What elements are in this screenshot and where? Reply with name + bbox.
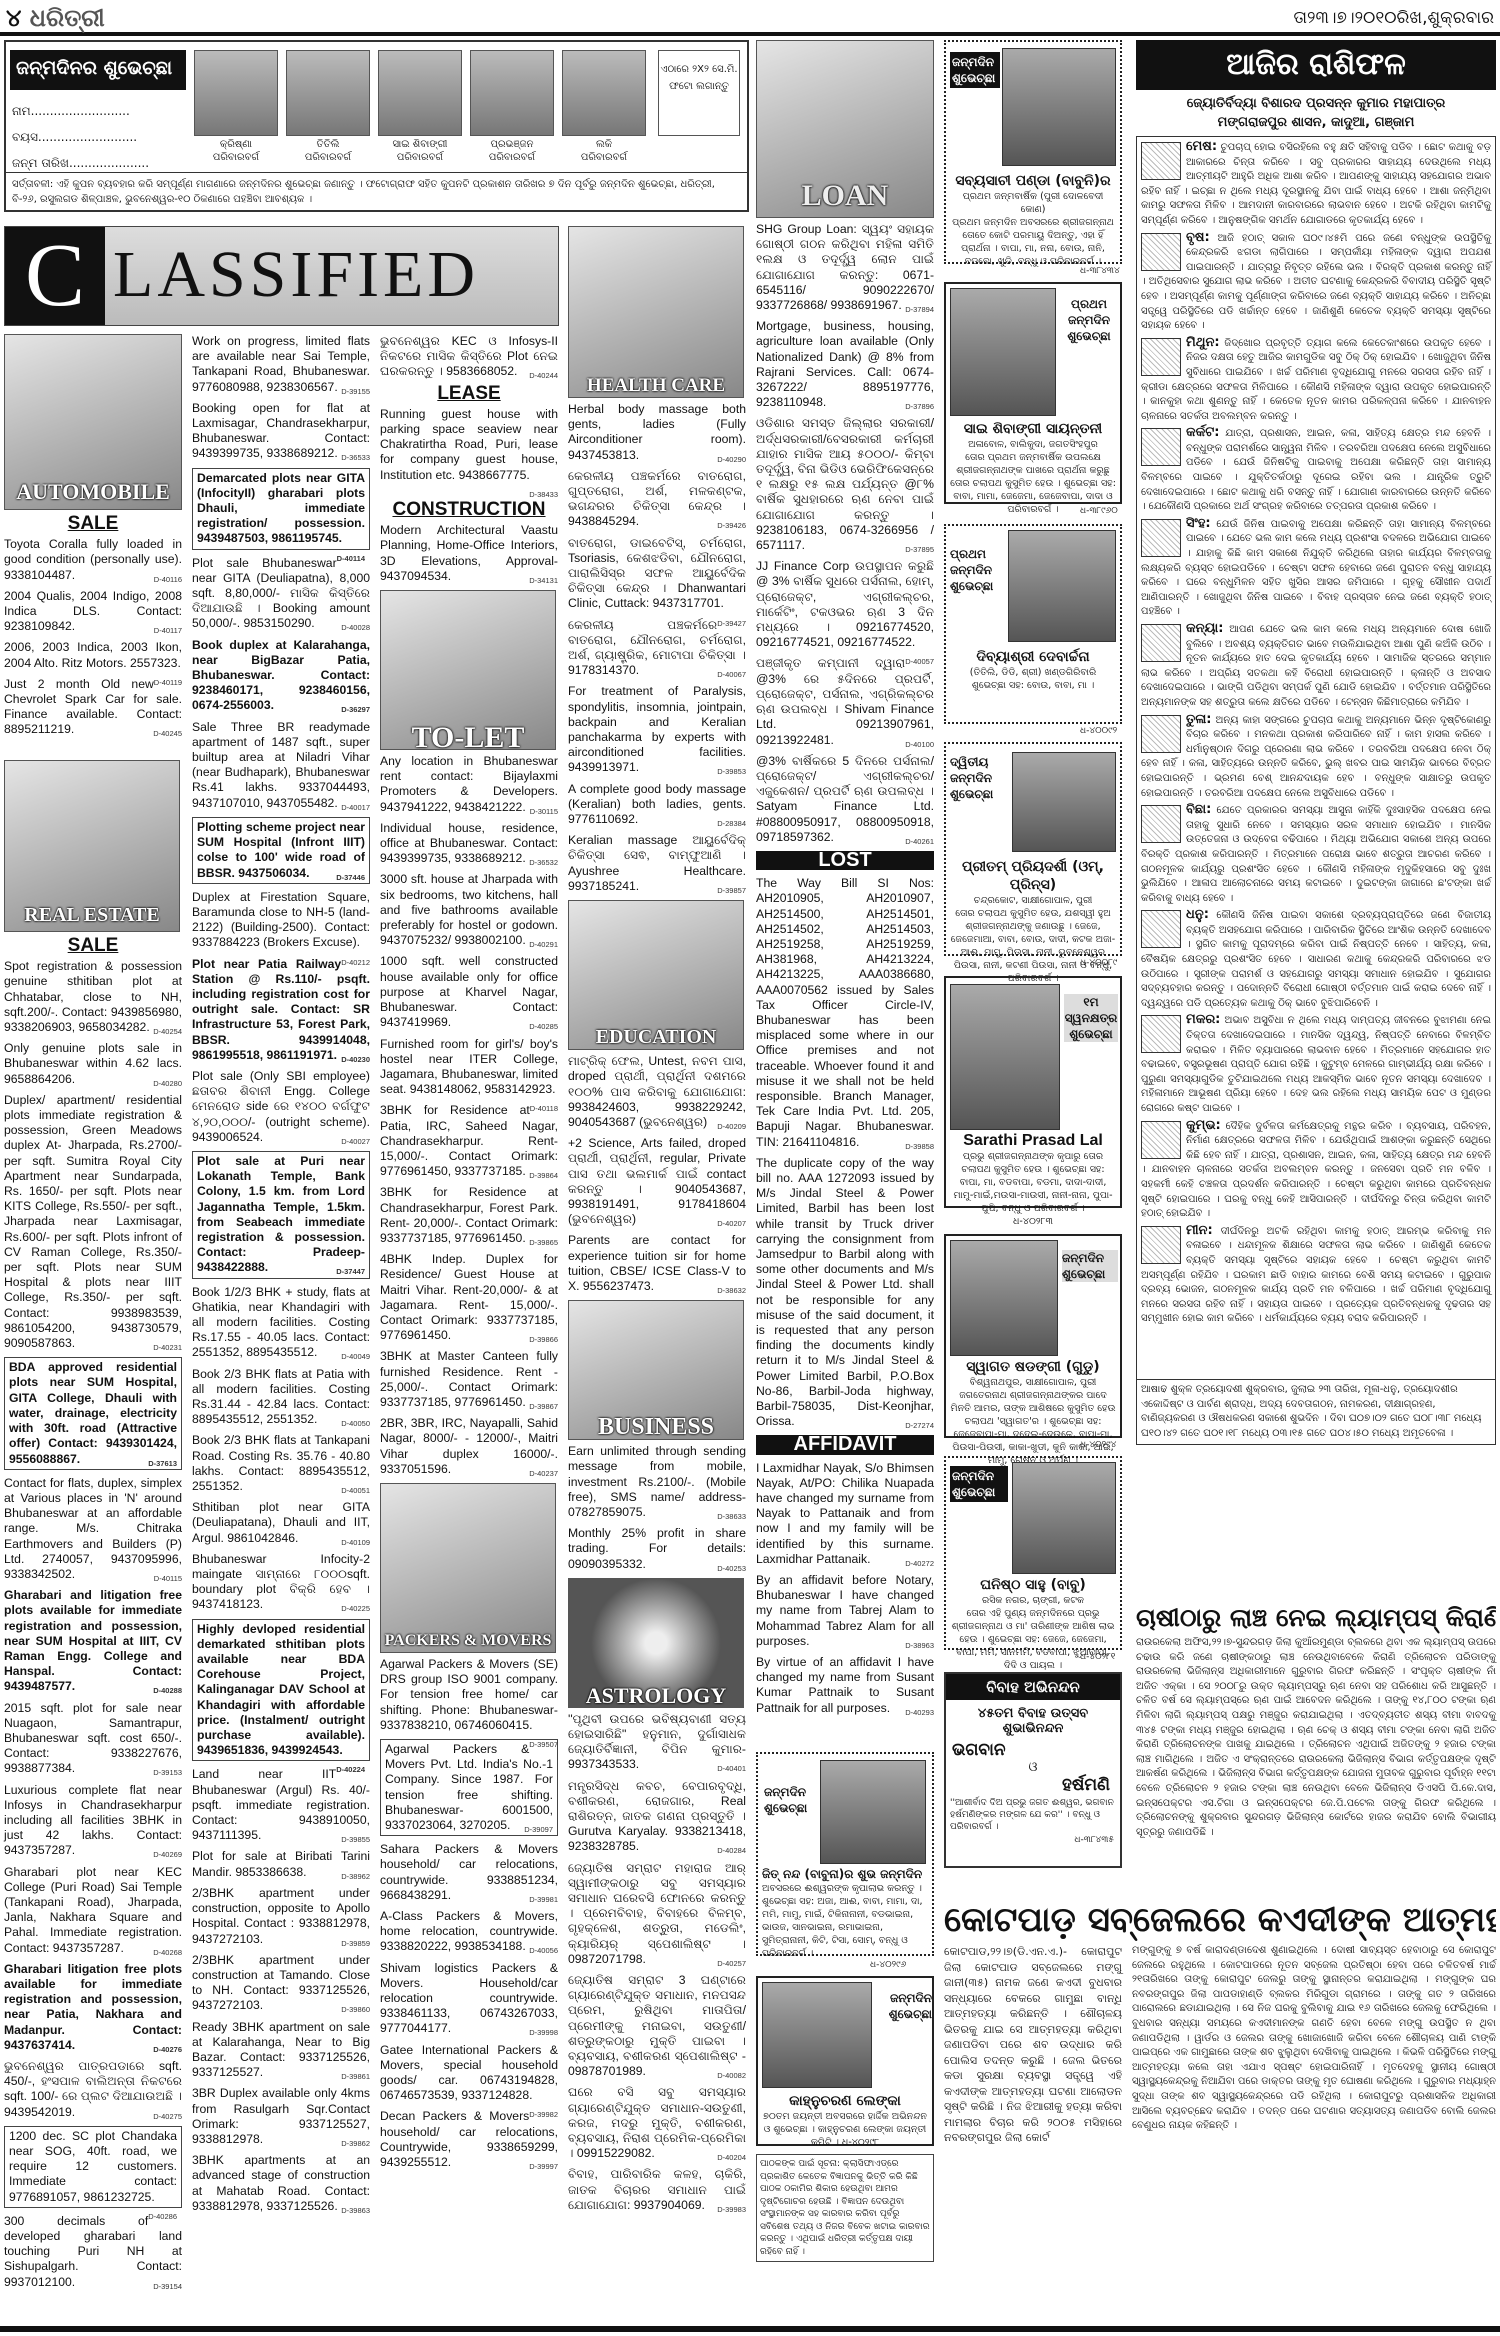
scorpio-icon [1141, 805, 1181, 843]
classified-ad: Toyota Coralla fully loaded in good cond… [4, 537, 182, 583]
classified-ad-boxed: Demarcated plots near GITA (InfocityII) … [192, 468, 370, 550]
kid-photo [286, 50, 370, 136]
classified-ad: Contact for flats, duplex, simplex at Va… [4, 1476, 182, 1582]
column-services: HEALTH CARE Herbal body massage both gen… [568, 226, 746, 2219]
news-article-lamps: ଚାଷୀଠାରୁ ଲାଞ୍ଚ ନେଇ ଲ୍ୟାମ୍ପସ୍ କିରାଣି ଗିରଫ… [1136, 1600, 1496, 1840]
astrologer-credit: ଜ୍ୟୋତିର୍ବିଦ୍ୟା ବିଶାରଦ ପ୍ରସନ୍ନ କୁମାର ମହାପ… [1136, 90, 1496, 136]
wish-photo [950, 984, 1060, 1130]
section-heading: SALE [4, 516, 182, 531]
name-field[interactable]: ନାମ.......................... [12, 104, 130, 119]
horoscope-leo: ସିଂହ: ଯେଉଁ ଜିନିଷ ପାଇବାକୁ ଅପେକ୍ଷା କରିଛନ୍ତ… [1141, 517, 1491, 620]
health-care-image: HEALTH CARE [568, 226, 744, 398]
wish-photo [1012, 1462, 1116, 1574]
column-automobile: SALE Toyota Coralla fully loaded in good… [4, 512, 182, 744]
birthday-wish-ad: ୧ମ ସ୍ୱନକ୍ଷତ୍ର ଶୁଭେଚ୍ଛା Sarathi Prasad La… [944, 976, 1122, 1208]
horoscope-aries: ମେଷ: ଚୁପଚାପ୍ ହୋଇ ବସିରହିଲେ ବହୁ କ୍ଷତି ସହିବ… [1141, 140, 1491, 229]
photo-placeholder: ଏଠାରେ ୨X୨ ସେ.ମି. ଫଟୋ ଲଗାନ୍ତୁ [658, 50, 740, 136]
headline[interactable]: କୋଟପାଡ଼ ସବ୍‌ଜେଲରେ କଏଦୀଙ୍କ ଆତ୍ମହତ୍ୟା [944, 1896, 1496, 1944]
birthday-wish-ad: ପ୍ରଥମ ଜନ୍ମଦିନ ଶୁଭେଚ୍ଛା ଦିବ୍ୟାଶ୍ରୀ ଦେବାର୍… [944, 524, 1122, 724]
birthday-wish-ad: ଦ୍ୱିତୀୟ ଜନ୍ମଦିନ ଶୁଭେଚ୍ଛା ପ୍ରୀତମ୍ ପ୍ରିୟଦର… [944, 742, 1122, 956]
wish-photo [1002, 48, 1116, 166]
news-article-jail: କୋଟପାଡ଼ ସବ୍‌ଜେଲରେ କଏଦୀଙ୍କ ଆତ୍ମହତ୍ୟା କୋଟପ… [944, 1896, 1496, 2146]
kid-photo-card: ପ୍ରଭଞ୍ଜନପରିବାରବର୍ଗ [470, 50, 554, 164]
birthday-wish-ad: ଜନ୍ମଦିନ ଶୁଭେଚ୍ଛା ସବ୍ୟସାଚୀ ପଣ୍ଡା (ବାବୁନି)… [944, 40, 1122, 264]
aries-icon [1141, 142, 1181, 180]
aquarius-icon [1141, 1121, 1181, 1159]
horoscope-libra: ତୁଳା: ଅନ୍ୟ କାହା ସଙ୍ଗରେ ଚୁପଚାପ କଥାକୁ ଅନ୍ୟ… [1141, 713, 1491, 802]
classified-ad: Gharabari plot near KEC College (Puri Ro… [4, 1865, 182, 1956]
birthday-wish-ad: ଜନ୍ମଦିନ ଶୁଭେଚ୍ଛା ଜିତ୍ ନନ୍ଦ (ବାବୁନା)ର ଶୁଭ… [756, 1752, 934, 1956]
horoscope-scorpio: ବିଛା: ଯେତେ ପ୍ରକାରର ସମସ୍ୟା ଆସୁନା କାହିଁକି … [1141, 803, 1491, 906]
wish-photo [1012, 752, 1116, 852]
column-real-estate: SALE Spot registration & possession genu… [4, 934, 182, 2296]
kid-photo-card: ସାଇ ଶିବାଙ୍ଗୀପରିବାରବର୍ଗ [378, 50, 462, 164]
kid-photo [562, 50, 646, 136]
horoscope-aquarius: କୁମ୍ଭ: ଦୈହିକ ଦୁର୍ବଳତା କର୍ମକ୍ଷେତ୍ରକୁ ମନ୍ଥ… [1141, 1119, 1491, 1222]
to-let-image: TO-LET [380, 590, 556, 750]
astrology-image: ASTROLOGY [568, 1578, 744, 1708]
classified-ad-boxed: Highly devloped residential demarkated s… [192, 1619, 370, 1762]
classified-ad: Only genuine plots sale in Bhubaneswar w… [4, 1041, 182, 1087]
section-heading: SALE [4, 938, 182, 953]
wish-photo [950, 288, 1056, 416]
cancer-icon [1141, 428, 1181, 466]
page-number: ୪ ଧରିତ୍ରୀ [6, 4, 105, 32]
issue-date: ତା୨୩।୭।୨୦୧୦ରିଖ,ଶୁକ୍ରବାର [1294, 8, 1494, 28]
article-body: ରାଉରକେଲା ଅଫିସ,୨୨।୭-ସୁନ୍ଦରଗଡ଼ ଜିଲା କୁଆଁରମ… [1136, 1636, 1496, 1840]
horoscope-gemini: ମିଥୁନ: ଜିଦ୍‌ଖୋର ପ୍ରବୃତ୍ତି ତ୍ୟାଗ କଲେ କେତେ… [1141, 336, 1491, 425]
education-image: EDUCATION [568, 900, 744, 1050]
classified-ad-boxed: BDA approved residential plots near SUM … [4, 1357, 182, 1469]
section-heading: LEASE [380, 386, 558, 401]
kid-photo-card: ତିତିଲିପରିବାରବର୍ଗ [286, 50, 370, 164]
horoscope-capricorn: ମକର: ଅଭାବ ଅସୁବିଧା ନ ଥିଲେ ମଧ୍ୟ ଦାମ୍ପତ୍ୟ ଜ… [1141, 1013, 1491, 1116]
business-image: BUSINESS [568, 1300, 744, 1440]
birthday-wish-ad: ଜନ୍ମଦିନ ଶୁଭେଚ୍ଛା ସ୍ୱାଗତ ଷଡଙ୍ଗୀ (ଗୁଡୁ)ବିଶ… [944, 1234, 1122, 1438]
kid-photo [378, 50, 462, 136]
leo-icon [1141, 519, 1181, 557]
classified-ad: ଭୁବନେଶ୍ୱର ପାତ୍ରପଡାରେ sqft. 450/-, ହଂସପାଳ… [4, 2059, 182, 2120]
article-body: କୋଟପାଡ,୨୨।୭(ଡି.ଏନ.ଏ.)- କୋରାପୁଟ ଜିଲା କୋଟପ… [944, 1944, 1122, 2146]
kid-photo-card: କ୍ରିଷ୍ଣାପରିବାରବର୍ଗ [194, 50, 278, 164]
marriage-anniversary-ad: ବିବାହ ଅଭିନନ୍ଦନ ୪୫ତମ ବିବାହ ଉତ୍ସବ ଶୁଭାଭିନନ… [944, 1672, 1122, 1868]
panjika-almanac: ଆଷାଢ ଶୁକ୍ଳ ତ୍ରୟୋଦଶୀ ଶୁକ୍ରବାର, ଜୁଲାଇ ୨୩ ତ… [1136, 1380, 1496, 1445]
horoscope-section: ଆଜିର ରାଶିଫଳ ଜ୍ୟୋତିର୍ବିଦ୍ୟା ବିଶାରଦ ପ୍ରସନ୍… [1136, 40, 1496, 1445]
classified-ad: Duplex/ apartment/ residential plots imm… [4, 1093, 182, 1351]
sagittarius-icon [1141, 910, 1181, 948]
wish-photo [762, 1982, 872, 2088]
column-lease-tolet: ଭୁବନେଶ୍ୱର KEC ଓ Infosys-II ନିକଟରେ ମାସିକ … [380, 334, 558, 2176]
classified-ad: Luxurious complete flat near Infosys in … [4, 1783, 182, 1859]
classified-ad: Gharabari litigation free plots availabl… [4, 1962, 182, 2053]
section-heading: AFFIDAVIT [756, 1435, 934, 1454]
classified-ad: Gharabari and litigation free plots avai… [4, 1588, 182, 1694]
packers-movers-image: PACKERS & MOVERS [380, 1483, 556, 1653]
coupon-terms: ସର୍ତ୍ତାବଳୀ: ଏହି କୁପନ ବ୍ୟବହାର କରି ସମ୍ପୂର୍… [6, 172, 747, 210]
gemini-icon [1141, 338, 1181, 376]
real-estate-image: REAL ESTATE [4, 760, 180, 932]
age-field[interactable]: ବୟସ.......................... [12, 130, 137, 145]
automobile-image: AUTOMOBILE [4, 334, 182, 510]
classified-ad: 2015 sqft. plot for sale near Nuagaon, S… [4, 1701, 182, 1777]
horoscope-title: ଆଜିର ରାଶିଫଳ [1136, 40, 1496, 90]
birthday-wish-ad: ଜନ୍ମଦିନ ଶୁଭେଚ୍ଛା ଘନିଷ୍ଠ ସାହୁ (ବାବୁ)ରସିକ … [944, 1456, 1122, 1650]
classified-banner: C LASSIFIED [4, 226, 559, 326]
virgo-icon [1141, 624, 1181, 662]
masthead: ୪ ଧରିତ୍ରୀ ତା୨୩।୭।୨୦୧୦ରିଖ,ଶୁକ୍ରବାର [0, 0, 1500, 36]
horoscope-body: ମେଷ: ଚୁପଚାପ୍ ହୋଇ ବସିରହିଲେ ବହୁ କ୍ଷତି ସହିବ… [1136, 136, 1496, 1380]
classified-ad: 2004 Qualis, 2004 Indigo, 2008 Indica DL… [4, 589, 182, 635]
classified-ad-boxed: 1200 dec. SC plot Chandaka near SOG, 40f… [4, 2126, 182, 2208]
readers-notice: ପାଠକଙ୍କ ପାଇଁ ସୂଚନା: କ୍ଲାସିଫାଏଡ୍‌ରେ ପ୍ରକା… [756, 2154, 934, 2262]
classified-ad: 2006, 2003 Indica, 2003 Ikon, 2004 Alto.… [4, 640, 182, 670]
libra-icon [1141, 715, 1181, 753]
taurus-icon [1141, 233, 1181, 271]
kid-photo [470, 50, 554, 136]
capricorn-icon [1141, 1015, 1181, 1053]
horoscope-cancer: କର୍କଟ: ଯାତ୍ରା, ପ୍ରଶାସନ, ଆଇନ, କଳା, ସାହିତ୍… [1141, 426, 1491, 515]
horoscope-taurus: ବୃଷ: ଆଜି ହଠାତ୍ ସକାଳ ଘ୦୯।୪୫ମି ପରେ ଜଣେ ବନ୍… [1141, 231, 1491, 334]
horoscope-sagittarius: ଧନୁ: କୌଣସି ଜିନିଷ ପାଇବା ସକାଶେ ଦ୍ରବ୍ୟପ୍ରାପ… [1141, 908, 1491, 1011]
classified-ad: Spot registration & possession genuine s… [4, 959, 182, 1035]
classified-ad-boxed: Agarwal Packers & Movers Pvt. Ltd. India… [380, 1739, 558, 1836]
classified-ad-boxed: Plotting scheme project near SUM Hospita… [192, 817, 370, 884]
pisces-icon [1141, 1226, 1181, 1264]
coupon-title: ଜନ୍ମଦିନର ଶୁଭେଚ୍ଛା [10, 50, 186, 90]
loan-image: LOAN [756, 40, 934, 218]
kid-photo [194, 50, 278, 136]
article-body: ମଙ୍ଗୁଙ୍କୁ ୭ ବର୍ଷ କାରାଦଣ୍ଡାଦେଶ ଶୁଣାଇଥିଲେ … [1132, 1944, 1496, 2146]
section-heading: LOST [756, 851, 934, 870]
birthday-wish-ad: ଜନ୍ମଦିନ ଶୁଭେଚ୍ଛା କାହ୍ନୁଚରଣ ଲେଙ୍କା୭୦ତମ ଜୟ… [756, 1976, 934, 2146]
wish-photo [820, 1760, 926, 1864]
kid-photo-card: ଲକିପରିବାରବର୍ଗ [562, 50, 646, 164]
column-real-estate-2: Work on progress, limited flats are avai… [192, 334, 370, 2220]
wish-photo [1008, 530, 1116, 642]
horoscope-virgo: କନ୍ୟା: ଆପଣ ଯେତେ ଭଲ କାମ କଲେ ମଧ୍ୟ ଅନ୍ୟମାନେ… [1141, 622, 1491, 711]
classified-ad-boxed: Plot sale at Puri near Lokanath Temple, … [192, 1151, 370, 1279]
horoscope-pisces: ମୀନ: ଦୀର୍ଘଦିନରୁ ଅଟକି ରହିଥିବା କାମକୁ ହଠାତ୍… [1141, 1224, 1491, 1327]
wish-photo [950, 1240, 1058, 1356]
headline[interactable]: ଚାଷୀଠାରୁ ଲାଞ୍ଚ ନେଇ ଲ୍ୟାମ୍ପସ୍ କିରାଣି ଗିରଫ [1136, 1600, 1496, 1636]
bottom-rule [0, 2326, 1500, 2332]
birthday-coupon: ଜନ୍ମଦିନର ଶୁଭେଚ୍ଛା ନାମ...................… [4, 40, 749, 212]
classified-ad: 300 decimals of developed gharabari land… [4, 2214, 182, 2290]
dob-field[interactable]: ଜନ୍ମ ତାରିଖ..................... [12, 156, 149, 171]
column-loan-lost-affidavit: SHG Group Loan: ସ୍ୱୟଂ ସହାୟକ ଗୋଷ୍ଠୀ ଗଠନ କ… [756, 222, 934, 1722]
birthday-wish-ad: ପ୍ରଥମ ଜନ୍ମଦିନ ଶୁଭେଚ୍ଛା ସାଇ ଶିବାଙ୍ଗୀ ସାୟନ… [944, 282, 1122, 504]
